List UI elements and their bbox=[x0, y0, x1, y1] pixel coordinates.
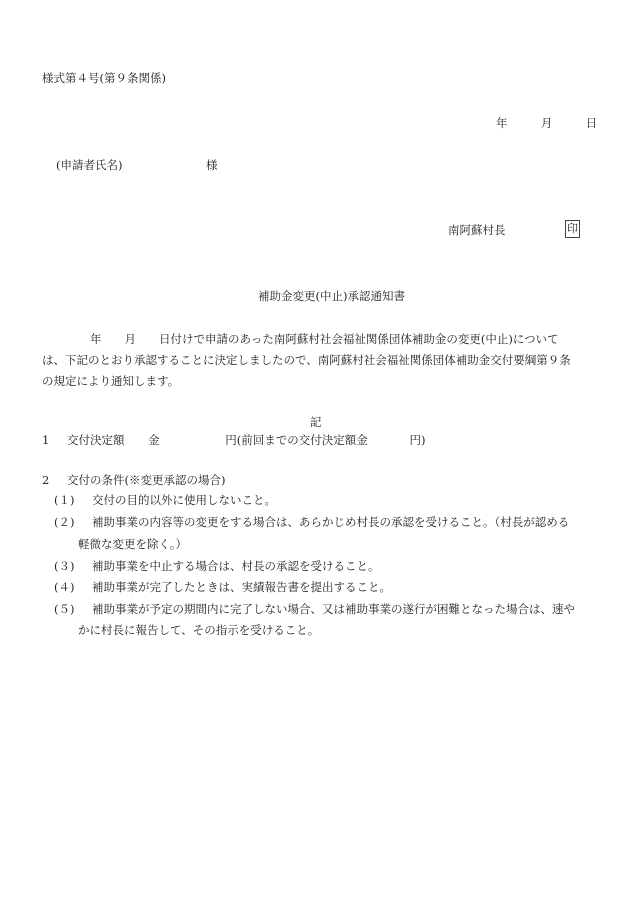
condition-5: (５)補助事業が予定の期間内に完了しない場合、又は補助事業の遂行が困難となった場… bbox=[54, 601, 575, 617]
item-2: 2 交付の条件(※変更承認の場合) bbox=[42, 472, 225, 488]
item-1-yen: 円(前回までの交付決定額金 bbox=[225, 433, 368, 447]
condition-4: (４)補助事業が完了したときは、実績報告書を提出すること。 bbox=[54, 579, 391, 595]
date-line: 年 月 日 bbox=[496, 115, 597, 131]
form-number: 様式第４号(第９条関係) bbox=[42, 70, 166, 86]
item-2-label: 交付の条件(※変更承認の場合) bbox=[67, 473, 225, 487]
issuer: 南阿蘇村長 bbox=[448, 222, 506, 238]
ki-heading: 記 bbox=[310, 414, 322, 430]
item-2-number: 2 bbox=[42, 473, 49, 487]
item-1: 1 交付決定額 金 円(前回までの交付決定額金 円) bbox=[42, 432, 425, 448]
body-line-1: 年 月 日付けで申請のあった南阿蘇村社会福祉関係団体補助金の変更(中止)について bbox=[42, 329, 602, 350]
date-month: 月 bbox=[541, 115, 553, 131]
date-year: 年 bbox=[496, 115, 508, 131]
body-line-3: の規定により通知します。 bbox=[42, 371, 602, 392]
item-1-kin: 金 bbox=[148, 433, 160, 447]
item-1-yen-close: 円) bbox=[409, 433, 425, 447]
honorific: 様 bbox=[206, 157, 218, 173]
body-paragraph: 年 月 日付けで申請のあった南阿蘇村社会福祉関係団体補助金の変更(中止)について… bbox=[42, 329, 602, 392]
condition-1: (１)交付の目的以外に使用しないこと。 bbox=[54, 492, 276, 508]
body-line-2: は、下記のとおり承認することに決定しましたので、南阿蘇村社会福祉関係団体補助金交… bbox=[42, 350, 602, 371]
condition-3: (３)補助事業を中止する場合は、村長の承認を受けること。 bbox=[54, 558, 380, 574]
applicant-name-label: (申請者氏名) bbox=[56, 157, 122, 173]
seal-box: 印 bbox=[565, 220, 580, 238]
date-day: 日 bbox=[586, 115, 598, 131]
condition-5-cont: かに村長に報告して、その指示を受けること。 bbox=[78, 622, 319, 638]
condition-2-cont: 軽微な変更を除く。） bbox=[78, 536, 187, 552]
item-1-number: 1 bbox=[42, 433, 49, 447]
item-1-label: 交付決定額 bbox=[67, 433, 125, 447]
condition-2: (２)補助事業の内容等の変更をする場合は、あらかじめ村長の承認を受けること。（村… bbox=[54, 514, 569, 530]
document-title: 補助金変更(中止)承認通知書 bbox=[258, 288, 405, 304]
